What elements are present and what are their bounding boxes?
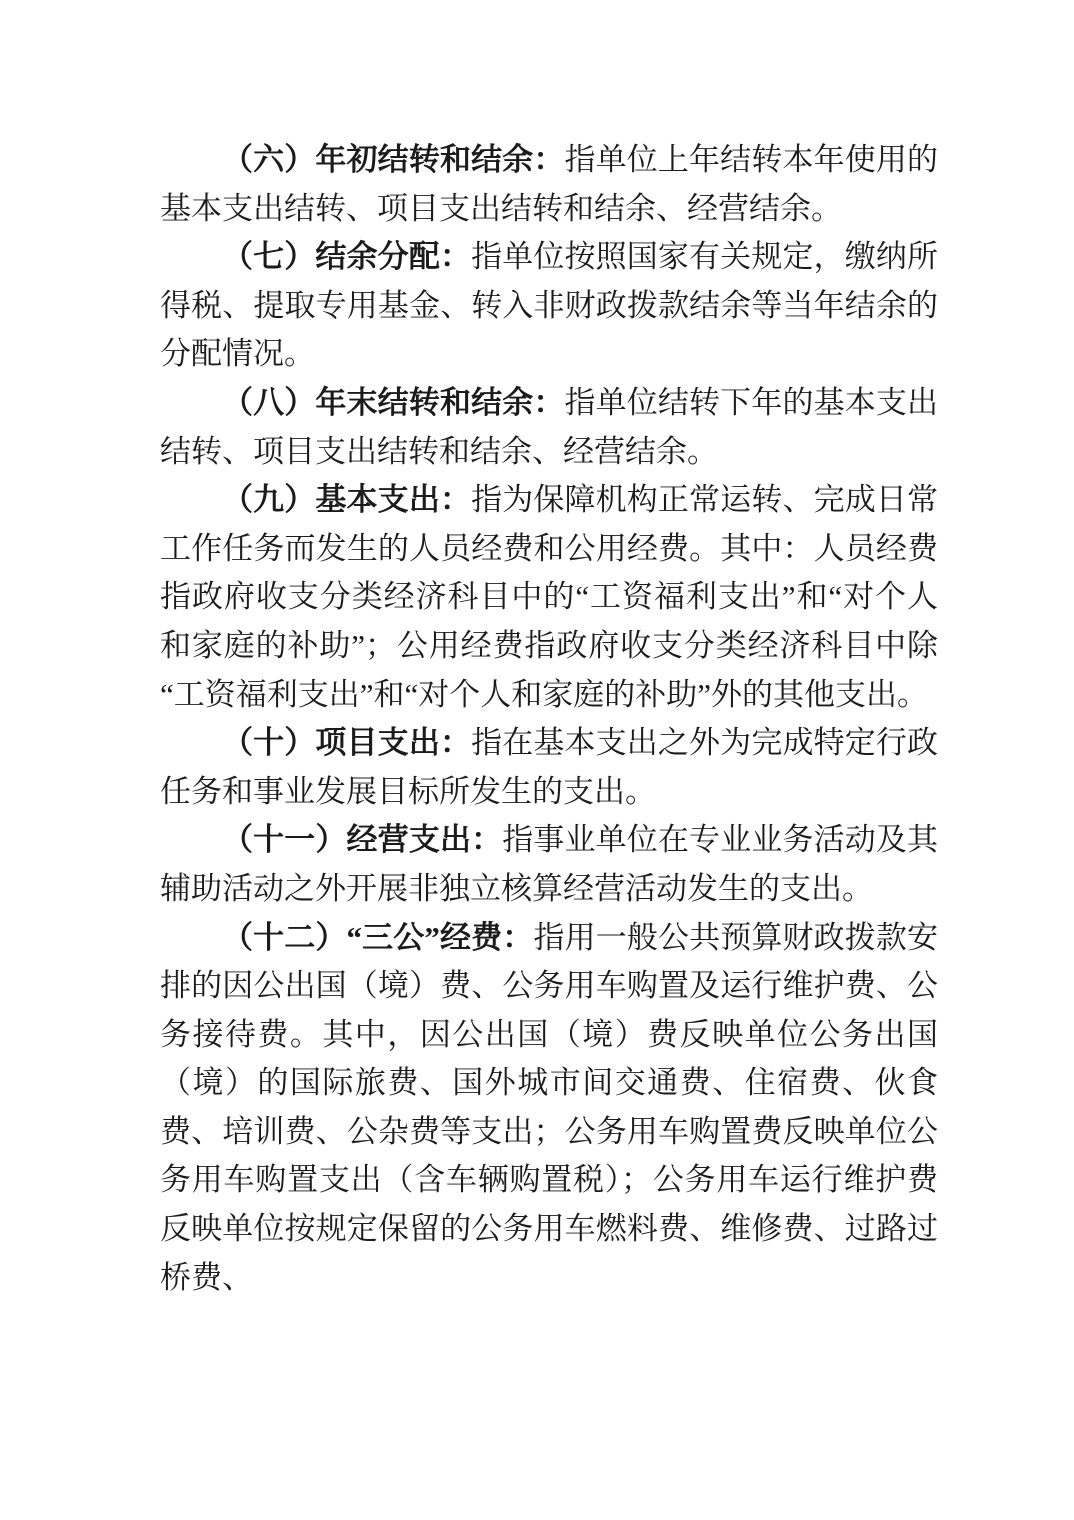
term-label: （九）基本支出：: [222, 482, 471, 517]
paragraph-term-12: （十二）“三公”经费：指用一般公共预算财政拨款安排的因公出国（境）费、公务用车购…: [160, 914, 938, 1303]
document-page: （六）年初结转和结余：指单位上年结转本年使用的基本支出结转、项目支出结转和结余、…: [0, 0, 1074, 1520]
term-label: （七）结余分配：: [222, 239, 471, 274]
paragraph-term-11: （十一）经营支出：指事业单位在专业业务活动及其辅助活动之外开展非独立核算经营活动…: [160, 816, 938, 913]
term-label: （十二）“三公”经费：: [222, 920, 533, 955]
paragraph-term-7: （七）结余分配：指单位按照国家有关规定，缴纳所得税、提取专用基金、转入非财政拨款…: [160, 233, 938, 379]
term-label: （十一）经营支出：: [222, 822, 502, 857]
paragraph-term-6: （六）年初结转和结余：指单位上年结转本年使用的基本支出结转、项目支出结转和结余、…: [160, 136, 938, 233]
term-label: （八）年末结转和结余：: [222, 385, 565, 420]
term-label: （六）年初结转和结余：: [222, 142, 565, 177]
paragraph-term-9: （九）基本支出：指为保障机构正常运转、完成日常工作任务而发生的人员经费和公用经费…: [160, 476, 938, 719]
term-definition: 指用一般公共预算财政拨款安排的因公出国（境）费、公务用车购置及运行维护费、公务接…: [160, 920, 938, 1295]
paragraph-term-8: （八）年末结转和结余：指单位结转下年的基本支出结转、项目支出结转和结余、经营结余…: [160, 379, 938, 476]
paragraph-term-10: （十）项目支出：指在基本支出之外为完成特定行政任务和事业发展目标所发生的支出。: [160, 719, 938, 816]
term-label: （十）项目支出：: [222, 725, 471, 760]
